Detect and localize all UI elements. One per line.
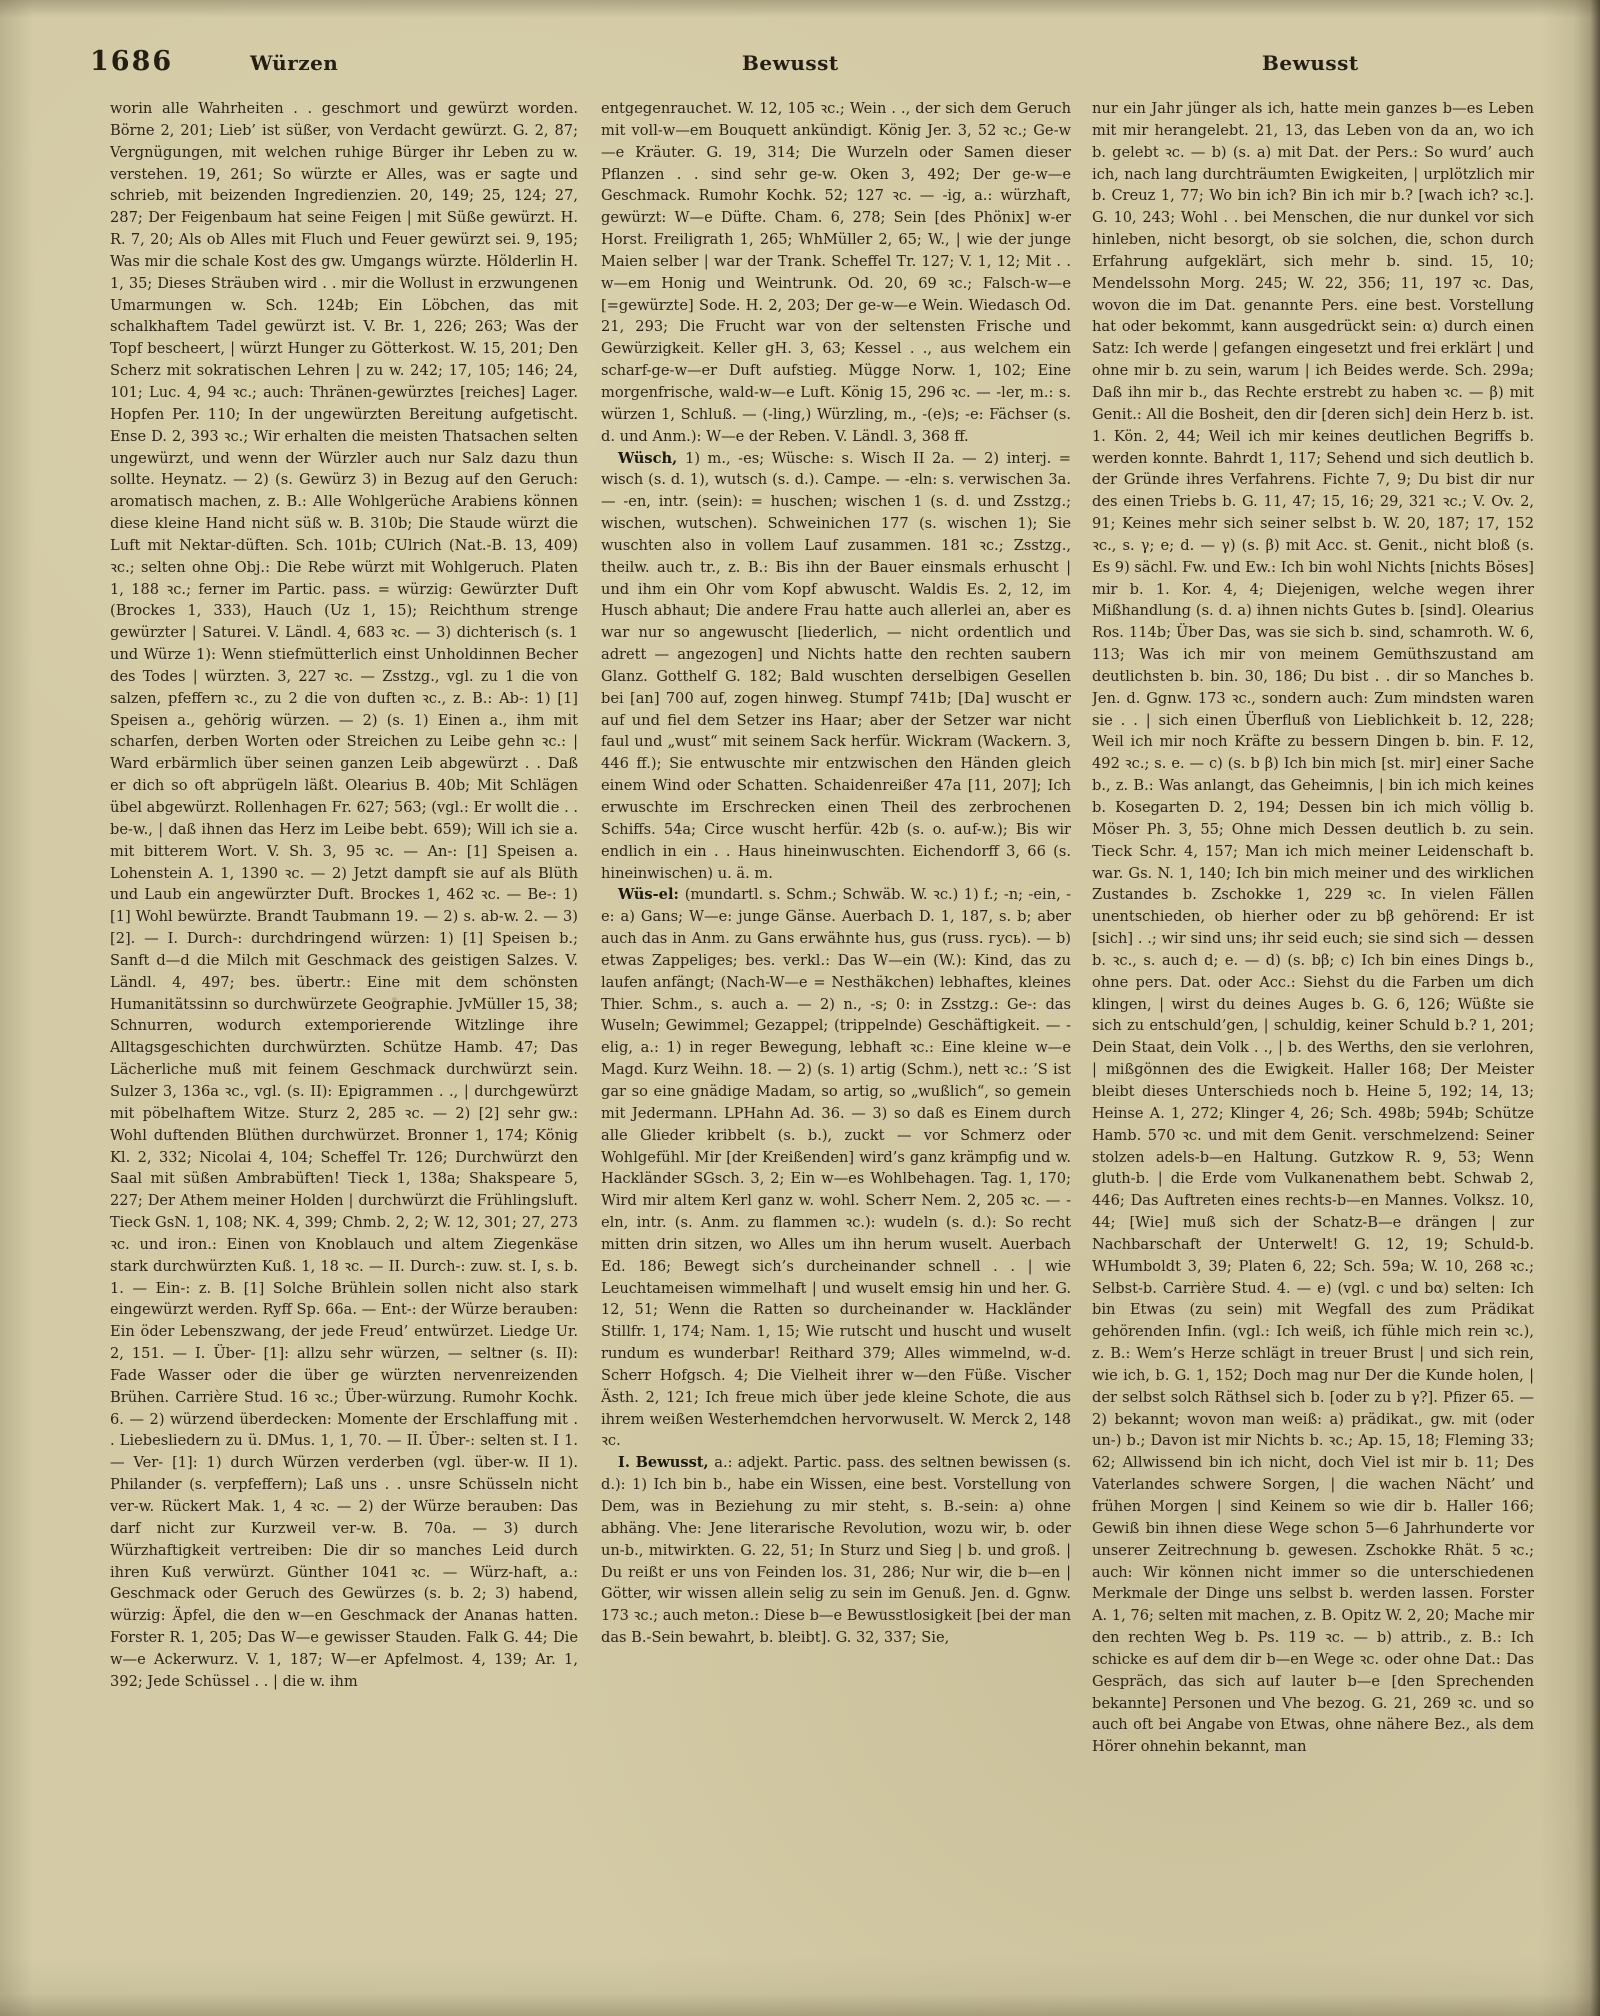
text-column-2: entgegenrauchet. W. 12, 105 ꝛc.; Wein . … [601,98,1071,1898]
paper-speck [392,997,397,1001]
running-head-right: Bewusst [1262,51,1359,75]
scanned-dictionary-page: 1686 Würzen Bewusst Bewusst worin alle W… [0,0,1600,2016]
dictionary-paragraph: Wüsch, 1) m., -es; Wüsche: s. Wisch II 2… [601,448,1071,885]
entry-headword: Wüsch, [618,450,685,467]
page-header: 1686 Würzen Bewusst Bewusst [0,46,1600,80]
page-number: 1686 [90,46,173,77]
entry-headword: I. Bewusst, [618,1454,714,1471]
dictionary-paragraph: worin alle Wahrheiten . . geschmort und … [110,98,578,1693]
running-head-center: Bewusst [742,51,839,75]
text-column-1: worin alle Wahrheiten . . geschmort und … [110,98,578,1898]
dictionary-paragraph: I. Bewusst, a.: adjekt. Partic. pass. de… [601,1452,1071,1649]
dictionary-paragraph: entgegenrauchet. W. 12, 105 ꝛc.; Wein . … [601,98,1071,448]
dictionary-paragraph: Wüs-el: (mundartl. s. Schm.; Schwäb. W. … [601,884,1071,1452]
paper-speck [1205,300,1208,303]
paper-speck [880,1610,884,1614]
text-column-3: nur ein Jahr jünger als ich, hatte mein … [1092,98,1534,1898]
entry-headword: Wüs-el: [618,886,685,903]
running-head-left: Würzen [250,51,338,75]
dictionary-paragraph: nur ein Jahr jünger als ich, hatte mein … [1092,98,1534,1758]
